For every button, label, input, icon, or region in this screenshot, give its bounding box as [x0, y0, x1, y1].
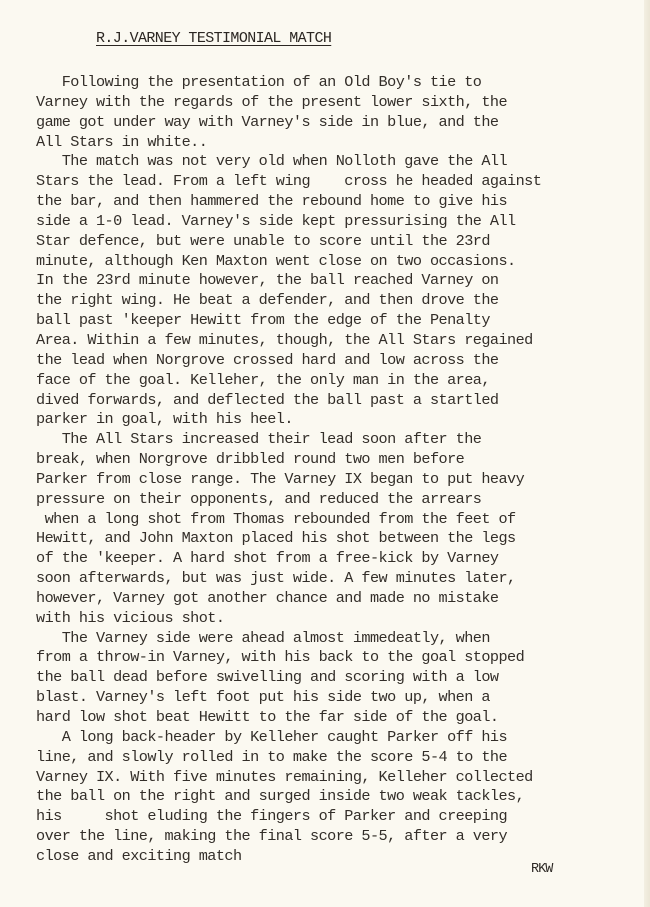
text-line: his shot eluding the fingers of Parker a…: [36, 807, 636, 827]
text-line: game got under way with Varney's side in…: [36, 113, 636, 133]
text-line: the ball on the right and surged inside …: [36, 787, 636, 807]
text-line: Hewitt, and John Maxton placed his shot …: [36, 529, 636, 549]
text-line: blast. Varney's left foot put his side t…: [36, 688, 636, 708]
text-line: minute, although Ken Maxton went close o…: [36, 252, 636, 272]
text-line: line, and slowly rolled in to make the s…: [36, 748, 636, 768]
text-line: soon afterwards, but was just wide. A fe…: [36, 569, 636, 589]
text-line: parker in goal, with his heel.: [36, 410, 636, 430]
text-line: pressure on their opponents, and reduced…: [36, 490, 636, 510]
text-line: the bar, and then hammered the rebound h…: [36, 192, 636, 212]
text-line: Star defence, but were unable to score u…: [36, 232, 636, 252]
text-line: with his vicious shot.: [36, 609, 636, 629]
text-line: Following the presentation of an Old Boy…: [36, 73, 636, 93]
text-line: when a long shot from Thomas rebounded f…: [36, 510, 636, 530]
author-signature: RKW: [531, 862, 552, 877]
text-line: from a throw-in Varney, with his back to…: [36, 648, 636, 668]
page-edge: [644, 0, 650, 907]
text-line: break, when Norgrove dribbled round two …: [36, 450, 636, 470]
text-line: A long back-header by Kelleher caught Pa…: [36, 728, 636, 748]
text-line: Varney IX. With five minutes remaining, …: [36, 768, 636, 788]
text-line: The Varney side were ahead almost immede…: [36, 629, 636, 649]
text-line: side a 1-0 lead. Varney's side kept pres…: [36, 212, 636, 232]
text-line: the ball dead before swivelling and scor…: [36, 668, 636, 688]
text-line: In the 23rd minute however, the ball rea…: [36, 271, 636, 291]
document-title: R.J.VARNEY TESTIMONIAL MATCH: [96, 30, 331, 47]
text-line: The All Stars increased their lead soon …: [36, 430, 636, 450]
text-line: Varney with the regards of the present l…: [36, 93, 636, 113]
text-line: Parker from close range. The Varney IX b…: [36, 470, 636, 490]
text-line: of the 'keeper. A hard shot from a free-…: [36, 549, 636, 569]
text-line: over the line, making the final score 5-…: [36, 827, 636, 847]
text-line: the lead when Norgrove crossed hard and …: [36, 351, 636, 371]
text-line: The match was not very old when Nolloth …: [36, 152, 636, 172]
text-line: face of the goal. Kelleher, the only man…: [36, 371, 636, 391]
text-line: Area. Within a few minutes, though, the …: [36, 331, 636, 351]
article-body: Following the presentation of an Old Boy…: [36, 73, 636, 867]
text-line: Stars the lead. From a left wing cross h…: [36, 172, 636, 192]
text-line: dived forwards, and deflected the ball p…: [36, 391, 636, 411]
text-line: however, Varney got another chance and m…: [36, 589, 636, 609]
text-line: All Stars in white..: [36, 133, 636, 153]
text-line: ball past 'keeper Hewitt from the edge o…: [36, 311, 636, 331]
text-line: hard low shot beat Hewitt to the far sid…: [36, 708, 636, 728]
text-line: the right wing. He beat a defender, and …: [36, 291, 636, 311]
